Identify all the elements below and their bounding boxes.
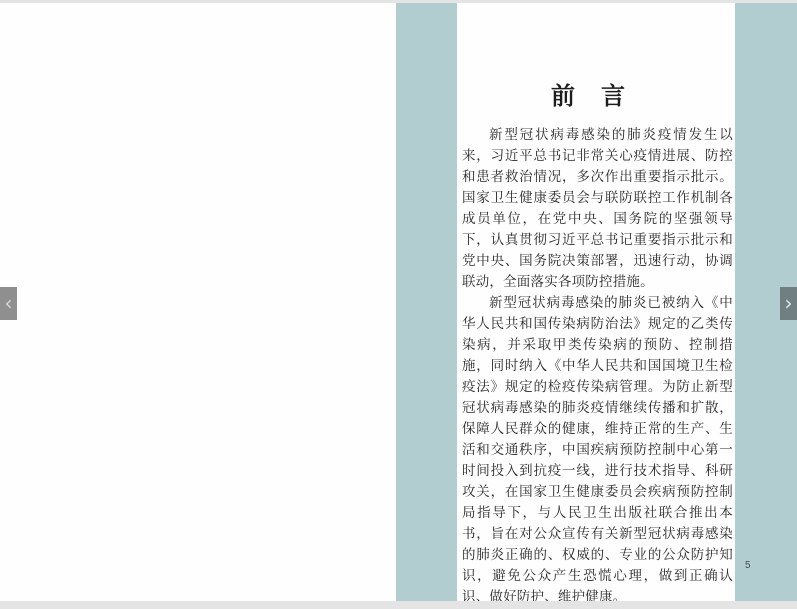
page-title: 前 言: [462, 76, 733, 111]
page-number: 5: [745, 560, 751, 571]
chevron-left-icon: ‹: [5, 293, 13, 313]
previous-page-button[interactable]: ‹: [0, 287, 17, 320]
right-page: 前 言 新型冠状病毒感染的肺炎疫情发生以来，习近平总书记非常关心疫情进展、防控和…: [457, 3, 735, 601]
document-viewer: 前 言 新型冠状病毒感染的肺炎疫情发生以来，习近平总书记非常关心疫情进展、防控和…: [0, 0, 797, 609]
paragraph: 新型冠状病毒感染的肺炎疫情发生以来，习近平总书记非常关心疫情进展、防控和患者救治…: [462, 124, 733, 292]
left-page-blank: [0, 3, 396, 601]
chevron-right-icon: ›: [785, 293, 793, 313]
paragraph: 新型冠状病毒感染的肺炎已被纳入《中华人民共和国传染病防治法》规定的乙类传染病，并…: [462, 292, 733, 607]
bottom-bar: [0, 601, 797, 609]
page-body: 新型冠状病毒感染的肺炎疫情发生以来，习近平总书记非常关心疫情进展、防控和患者救治…: [462, 124, 733, 607]
next-page-button[interactable]: ›: [780, 287, 797, 320]
gutter-margin-strip: [396, 3, 457, 601]
